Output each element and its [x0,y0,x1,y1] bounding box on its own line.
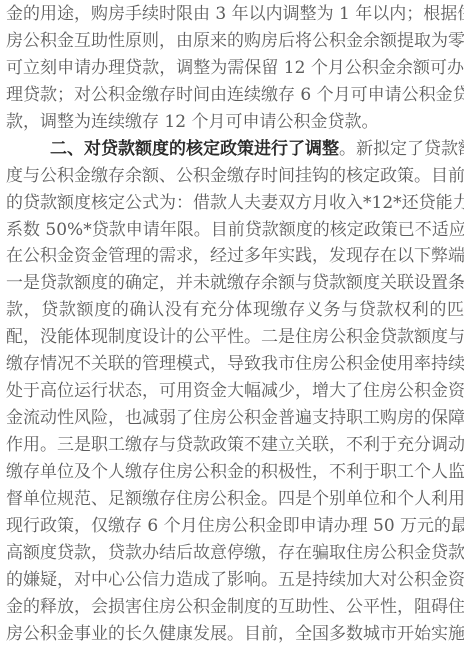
text-line: 金流动性风险，也减弱了住房公积金普遍支持职工购房的保障 [6,405,464,432]
text-line: 可立刻申请办理贷款，调整为需保留 12 个月公积金余额可办 [6,55,464,82]
text-line: 在公积金资金管理的需求，经过多年实践，发现存在以下弊端： [6,243,464,270]
text-line: 房公积金事业的长久健康发展。目前，全国多数城市开始实施 [6,621,464,645]
text-line: 的嫌疑，对中心公信力造成了影响。五是持续加大对公积金资 [6,567,464,594]
text-line: 作用。三是职工缴存与贷款政策不建立关联，不利于充分调动 [6,432,464,459]
text-line: 现行政策，仅缴存 6 个月住房公积金即申请办理 50 万元的最 [6,513,464,540]
text-line: 缴存单位及个人缴存住房公积金的积极性，不利于职工个人监 [6,459,464,486]
text-line: 理贷款；对公积金缴存时间由连续缴存 6 个月可申请公积金贷 [6,82,464,109]
heading-line-text: 。新拟定了贷款额 [339,139,464,159]
text-line: 配，没能体现制度设计的公平性。二是住房公积金贷款额度与 [6,324,464,351]
text-line: 房公积金互助性原则，由原来的购房后将公积金余额提取为零 [6,28,464,55]
text-line: 款，调整为连续缴存 12 个月可申请公积金贷款。 [6,109,464,136]
text-line: 的贷款额度核定公式为：借款人夫妻双方月收入*12*还贷能力 [6,190,464,217]
section-heading-line: 二、对贷款额度的核定政策进行了调整。新拟定了贷款额 [6,136,464,163]
document-page: 金的用途，购房手续时限由 3 年以内调整为 1 年以内；根据住 房公积金互助性原… [6,1,464,645]
text-line: 缴存情况不关联的管理模式，导致我市住房公积金使用率持续 [6,351,464,378]
text-line: 度与公积金缴存余额、公积金缴存时间挂钩的核定政策。目前 [6,163,464,190]
text-line: 处于高位运行状态，可用资金大幅减少，增大了住房公积金资 [6,378,464,405]
section-heading: 二、对贷款额度的核定政策进行了调整 [50,139,339,159]
text-line: 系数 50%*贷款申请年限。目前贷款额度的核定政策已不适应现 [6,217,464,244]
text-line: 高额度贷款，贷款办结后故意停缴，存在骗取住房公积金贷款 [6,540,464,567]
text-line: 金的用途，购房手续时限由 3 年以内调整为 1 年以内；根据住 [6,1,464,28]
text-line: 督单位规范、足额缴存住房公积金。四是个别单位和个人利用 [6,486,464,513]
text-line: 金的释放，会损害住房公积金制度的互助性、公平性，阻碍住 [6,594,464,621]
text-line: 款，贷款额度的确认没有充分体现缴存义务与贷款权利的匹 [6,297,464,324]
text-line: 一是贷款额度的确定，并未就缴存余额与贷款额度关联设置条 [6,270,464,297]
